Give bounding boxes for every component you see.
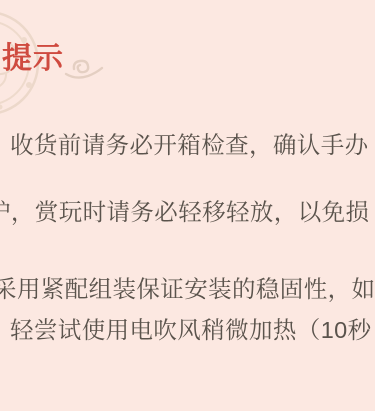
tip-line: 轻尝试使用电吹风稍微加热（10秒 <box>10 316 372 344</box>
tips-section: 提示 收货前请务必开箱检查，确认手办 护，赏玩时请务必轻移轻放，以免损 采用紧配… <box>0 0 375 411</box>
tip-line: 护，赏玩时请务必轻移轻放，以免损 <box>0 198 369 226</box>
tip-line: 收货前请务必开箱检查，确认手办 <box>10 131 369 159</box>
tip-line: 采用紧配组装保证安装的稳固性，如 <box>0 275 375 303</box>
section-title: 提示 <box>2 42 64 76</box>
cloud-swirl-icon <box>60 53 104 83</box>
